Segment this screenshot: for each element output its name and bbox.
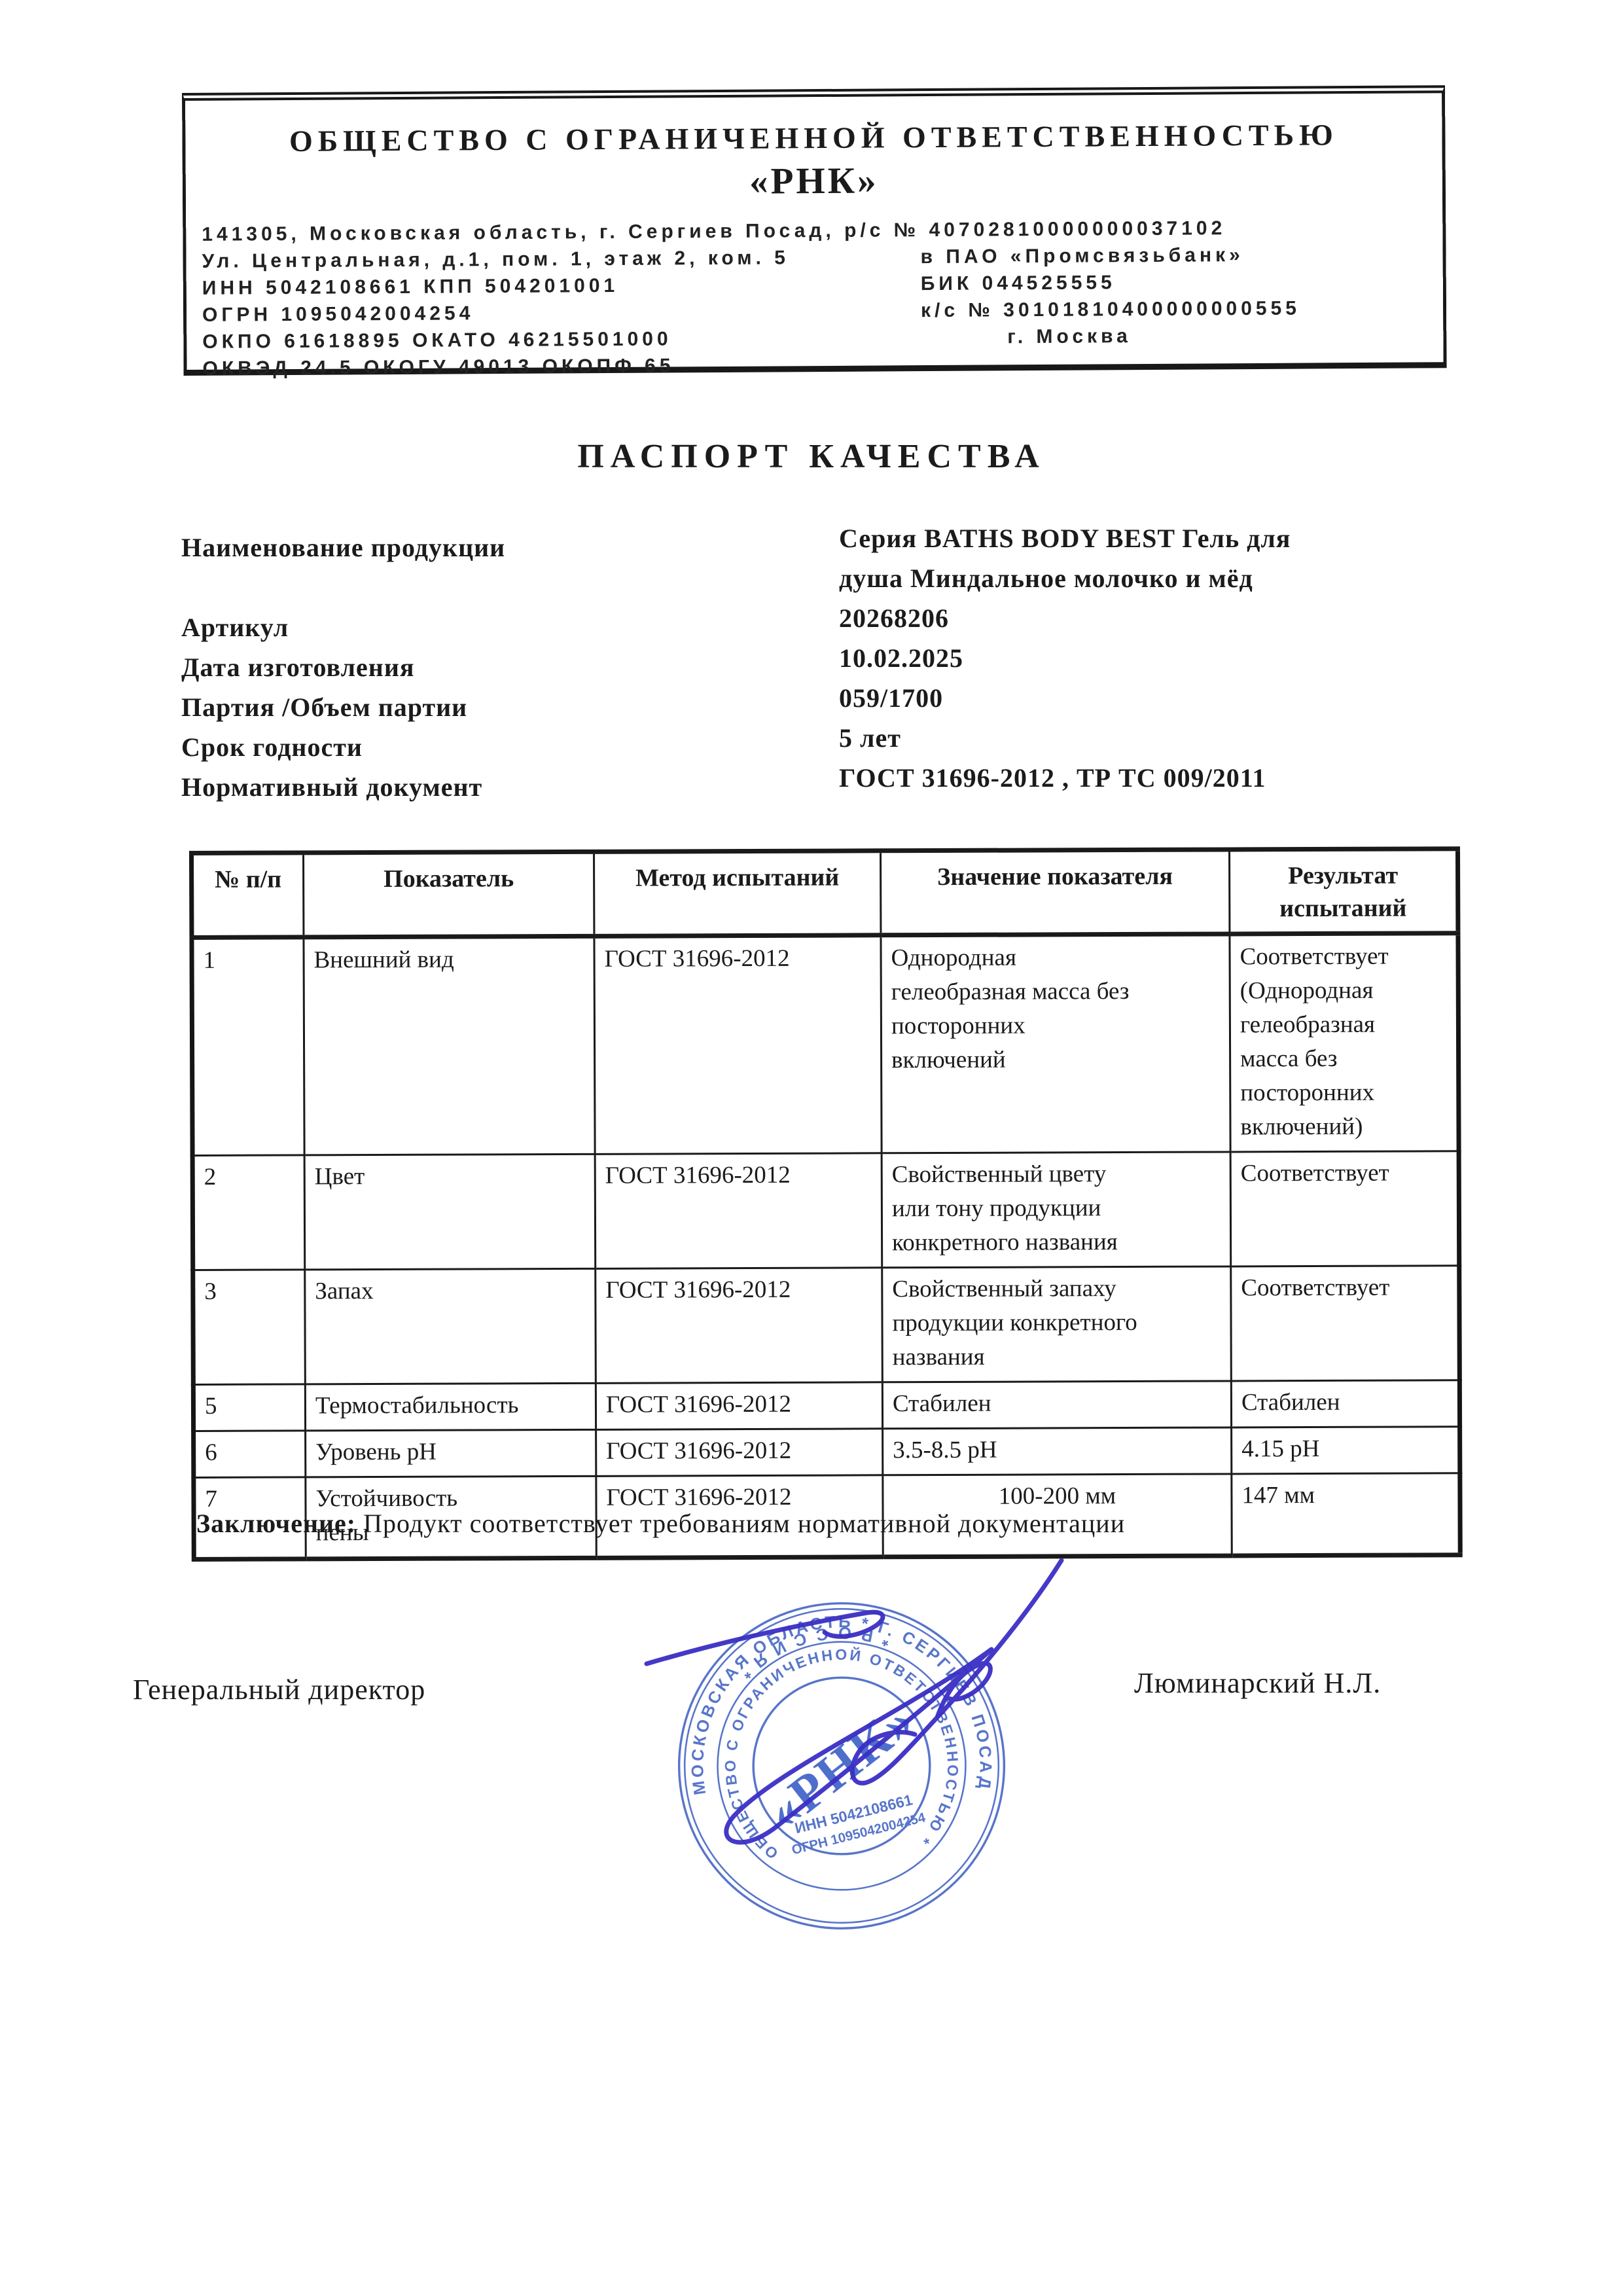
- cell-indicator: Уровень pH: [306, 1429, 596, 1477]
- table-header-row: № п/п Показатель Метод испытаний Значени…: [192, 849, 1458, 938]
- address-right: БИК 044525555: [921, 267, 1419, 297]
- column-header: № п/п: [192, 853, 304, 938]
- cell-method: ГОСТ 31696-2012: [594, 935, 882, 1155]
- column-header: Значение показателя: [881, 850, 1230, 935]
- field-label: Срок годности: [181, 727, 839, 767]
- column-header: Показатель: [304, 852, 594, 937]
- address-left: ИНН 5042108661 КПП 504201001: [202, 270, 921, 302]
- address-left: ОКВЭД 24.5 ОКОГУ 49013 ОКОПФ 65: [202, 351, 921, 382]
- cell-method: ГОСТ 31696-2012: [596, 1382, 882, 1430]
- director-name: Люминарский Н.Л.: [1134, 1666, 1381, 1700]
- table-row: 5 Термостабильность ГОСТ 31696-2012 Стаб…: [193, 1380, 1459, 1431]
- letterhead-box: ОБЩЕСТВО С ОГРАНИЧЕННОЙ ОТВЕТСТВЕННОСТЬЮ…: [182, 85, 1447, 376]
- address-right: к/с № 30101810400000000555: [921, 294, 1419, 324]
- address-right: г. Москва: [921, 321, 1419, 351]
- field-row: Нормативный документ ГОСТ 31696-2012 , Т…: [181, 767, 1457, 807]
- product-fields: Наименование продукции Серия BATHS BODY …: [181, 528, 1457, 807]
- cell-indicator: Термостабильность: [305, 1383, 596, 1431]
- cell-value: Свойственный цвету или тону продукции ко…: [882, 1152, 1231, 1268]
- table-row: 3 Запах ГОСТ 31696-2012 Свойственный зап…: [193, 1266, 1460, 1385]
- field-label: Наименование продукции: [181, 528, 839, 607]
- field-label: Партия /Объем партии: [181, 687, 839, 727]
- column-header: Результат испытаний: [1230, 849, 1458, 934]
- field-value: Серия BATHS BODY BEST Гель для душа Минд…: [839, 518, 1457, 598]
- field-label: Дата изготовления: [181, 647, 839, 687]
- address-right: [921, 348, 1419, 378]
- field-value: ГОСТ 31696-2012 , ТР ТС 009/2011: [839, 758, 1457, 798]
- field-label: Артикул: [181, 607, 839, 647]
- address-left: ОКПО 61618895 ОКАТО 46215501000: [202, 324, 921, 355]
- cell-value: Стабилен: [882, 1381, 1231, 1429]
- cell-number: 5: [193, 1384, 305, 1431]
- cell-number: 2: [192, 1155, 305, 1270]
- table-row: 2 Цвет ГОСТ 31696-2012 Свойственный цвет…: [192, 1151, 1459, 1270]
- cell-indicator: Внешний вид: [304, 936, 595, 1155]
- cell-result: 4.15 pH: [1232, 1427, 1460, 1474]
- company-name: «РНК»: [186, 156, 1442, 207]
- address-left: Ул. Центральная, д.1, пом. 1, этаж 2, ко…: [202, 243, 920, 275]
- cell-indicator: Цвет: [304, 1154, 596, 1270]
- handwritten-signature: [635, 1552, 1093, 1880]
- company-type: ОБЩЕСТВО С ОГРАНИЧЕННОЙ ОТВЕТСТВЕННОСТЬЮ: [185, 117, 1442, 160]
- director-title: Генеральный директор: [133, 1673, 425, 1706]
- company-address-block: 141305, Московская область, г. Сергиев П…: [202, 213, 1419, 382]
- field-value: 5 лет: [839, 718, 1457, 758]
- cell-result: Стабилен: [1231, 1380, 1459, 1427]
- field-label: Нормативный документ: [181, 767, 839, 807]
- results-table: № п/п Показатель Метод испытаний Значени…: [189, 846, 1463, 1562]
- signature-stroke: [726, 1649, 991, 1842]
- field-value: 10.02.2025: [839, 638, 1457, 678]
- cell-value: Однородная гелеобразная масса без постор…: [881, 934, 1230, 1153]
- conclusion-text: Продукт соответствует требованиям нормат…: [356, 1509, 1125, 1538]
- cell-number: 3: [193, 1270, 306, 1385]
- address-left: ОГРН 1095042004254: [202, 297, 921, 329]
- page-title: ПАСПОРТ КАЧЕСТВА: [0, 437, 1623, 476]
- cell-method: ГОСТ 31696-2012: [595, 1153, 882, 1269]
- field-row: Наименование продукции Серия BATHS BODY …: [181, 528, 1457, 607]
- field-value: 059/1700: [839, 678, 1457, 718]
- cell-result: Соответствует: [1230, 1151, 1459, 1266]
- quality-passport-page: { "letterhead": { "company_type": "ОБЩЕС…: [0, 0, 1623, 2296]
- field-value: 20268206: [839, 598, 1457, 638]
- cell-method: ГОСТ 31696-2012: [596, 1268, 883, 1384]
- signature-stroke: [647, 1612, 883, 1664]
- cell-value: Свойственный запаху продукции конкретног…: [882, 1266, 1232, 1382]
- cell-indicator: Запах: [305, 1268, 596, 1384]
- cell-result: Соответствует: [1231, 1266, 1460, 1381]
- column-header: Метод испытаний: [594, 851, 881, 937]
- cell-number: 1: [192, 937, 304, 1156]
- conclusion-label: Заключение:: [196, 1509, 356, 1538]
- conclusion-line: Заключение: Продукт соответствует требов…: [196, 1505, 1440, 1542]
- table-row: 1 Внешний вид ГОСТ 31696-2012 Однородная…: [192, 933, 1459, 1156]
- cell-method: ГОСТ 31696-2012: [596, 1429, 883, 1477]
- cell-value: 3.5-8.5 pH: [883, 1427, 1232, 1475]
- address-right: в ПАО «Промсвязьбанк»: [920, 240, 1419, 270]
- cell-result: Соответствует (Однородная гелеобразная м…: [1230, 933, 1459, 1152]
- table-row: 6 Уровень pH ГОСТ 31696-2012 3.5-8.5 pH …: [194, 1427, 1460, 1478]
- cell-number: 6: [194, 1431, 306, 1478]
